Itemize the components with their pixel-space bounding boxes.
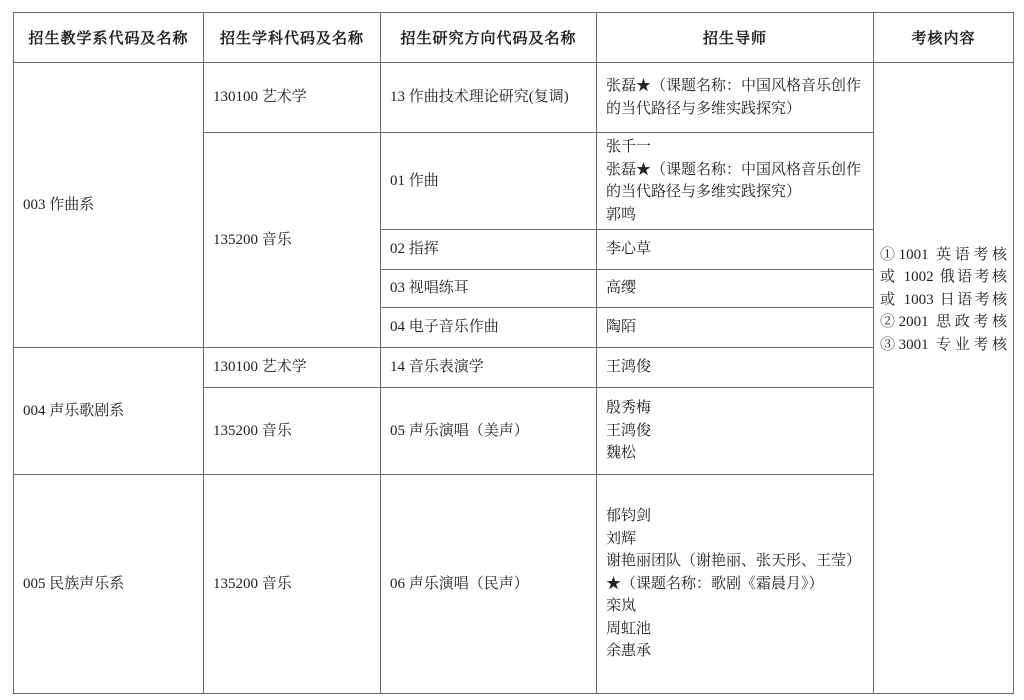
cell-direction-05: 05 声乐演唱（美声） — [381, 388, 597, 475]
cell-department-005: 005 民族声乐系 — [14, 475, 204, 694]
header-direction-code-name: 招生研究方向代码及名称 — [381, 13, 597, 63]
table-row: 005 民族声乐系 135200 音乐 06 声乐演唱（民声） 郁钧剑 刘辉 谢… — [14, 475, 1014, 694]
cell-discipline-135200-music-004: 135200 音乐 — [204, 388, 381, 475]
header-department-code-name: 招生教学系代码及名称 — [14, 13, 204, 63]
cell-advisors-direction-06: 郁钧剑 刘辉 谢艳丽团队（谢艳丽、张天彤、王莹）★（课题名称：歌剧《霜晨月》） … — [597, 475, 874, 694]
cell-direction-02: 02 指挥 — [381, 230, 597, 270]
admissions-document-page: 招生教学系代码及名称 招生学科代码及名称 招生研究方向代码及名称 招生导师 考核… — [13, 12, 1014, 694]
header-discipline-code-name: 招生学科代码及名称 — [204, 13, 381, 63]
cell-advisors-direction-03: 高缨 — [597, 270, 874, 308]
cell-department-003: 003 作曲系 — [14, 63, 204, 348]
cell-discipline-135200-music-003: 135200 音乐 — [204, 133, 381, 348]
cell-direction-06: 06 声乐演唱（民声） — [381, 475, 597, 694]
cell-department-004: 004 声乐歌剧系 — [14, 348, 204, 475]
table-row: 003 作曲系 130100 艺术学 13 作曲技术理论研究(复调) 张磊★（课… — [14, 63, 1014, 133]
header-advisors: 招生导师 — [597, 13, 874, 63]
cell-advisors-direction-05: 殷秀梅 王鸿俊 魏松 — [597, 388, 874, 475]
cell-advisors-direction-13: 张磊★（课题名称：中国风格音乐创作的当代路径与多维实践探究） — [597, 63, 874, 133]
cell-discipline-130100-art: 130100 艺术学 — [204, 63, 381, 133]
cell-assessment-content: ①1001 英语考核 或 1002 俄语考核 或 1003 日语考核 ②2001… — [874, 63, 1014, 694]
cell-discipline-130100-art-004: 130100 艺术学 — [204, 348, 381, 388]
cell-advisors-direction-02: 李心草 — [597, 230, 874, 270]
cell-direction-14: 14 音乐表演学 — [381, 348, 597, 388]
admissions-table: 招生教学系代码及名称 招生学科代码及名称 招生研究方向代码及名称 招生导师 考核… — [13, 12, 1014, 694]
table-row: 004 声乐歌剧系 130100 艺术学 14 音乐表演学 王鸿俊 — [14, 348, 1014, 388]
assessment-content-text: ①1001 英语考核 或 1002 俄语考核 或 1003 日语考核 ②2001… — [880, 244, 1007, 357]
cell-direction-03: 03 视唱练耳 — [381, 270, 597, 308]
cell-direction-04: 04 电子音乐作曲 — [381, 308, 597, 348]
cell-discipline-135200-music-005: 135200 音乐 — [204, 475, 381, 694]
cell-direction-01: 01 作曲 — [381, 133, 597, 230]
cell-advisors-direction-14: 王鸿俊 — [597, 348, 874, 388]
cell-advisors-direction-04: 陶陌 — [597, 308, 874, 348]
table-header-row: 招生教学系代码及名称 招生学科代码及名称 招生研究方向代码及名称 招生导师 考核… — [14, 13, 1014, 63]
header-assessment: 考核内容 — [874, 13, 1014, 63]
cell-direction-13: 13 作曲技术理论研究(复调) — [381, 63, 597, 133]
cell-advisors-direction-01: 张千一 张磊★（课题名称：中国风格音乐创作的当代路径与多维实践探究） 郭鸣 — [597, 133, 874, 230]
